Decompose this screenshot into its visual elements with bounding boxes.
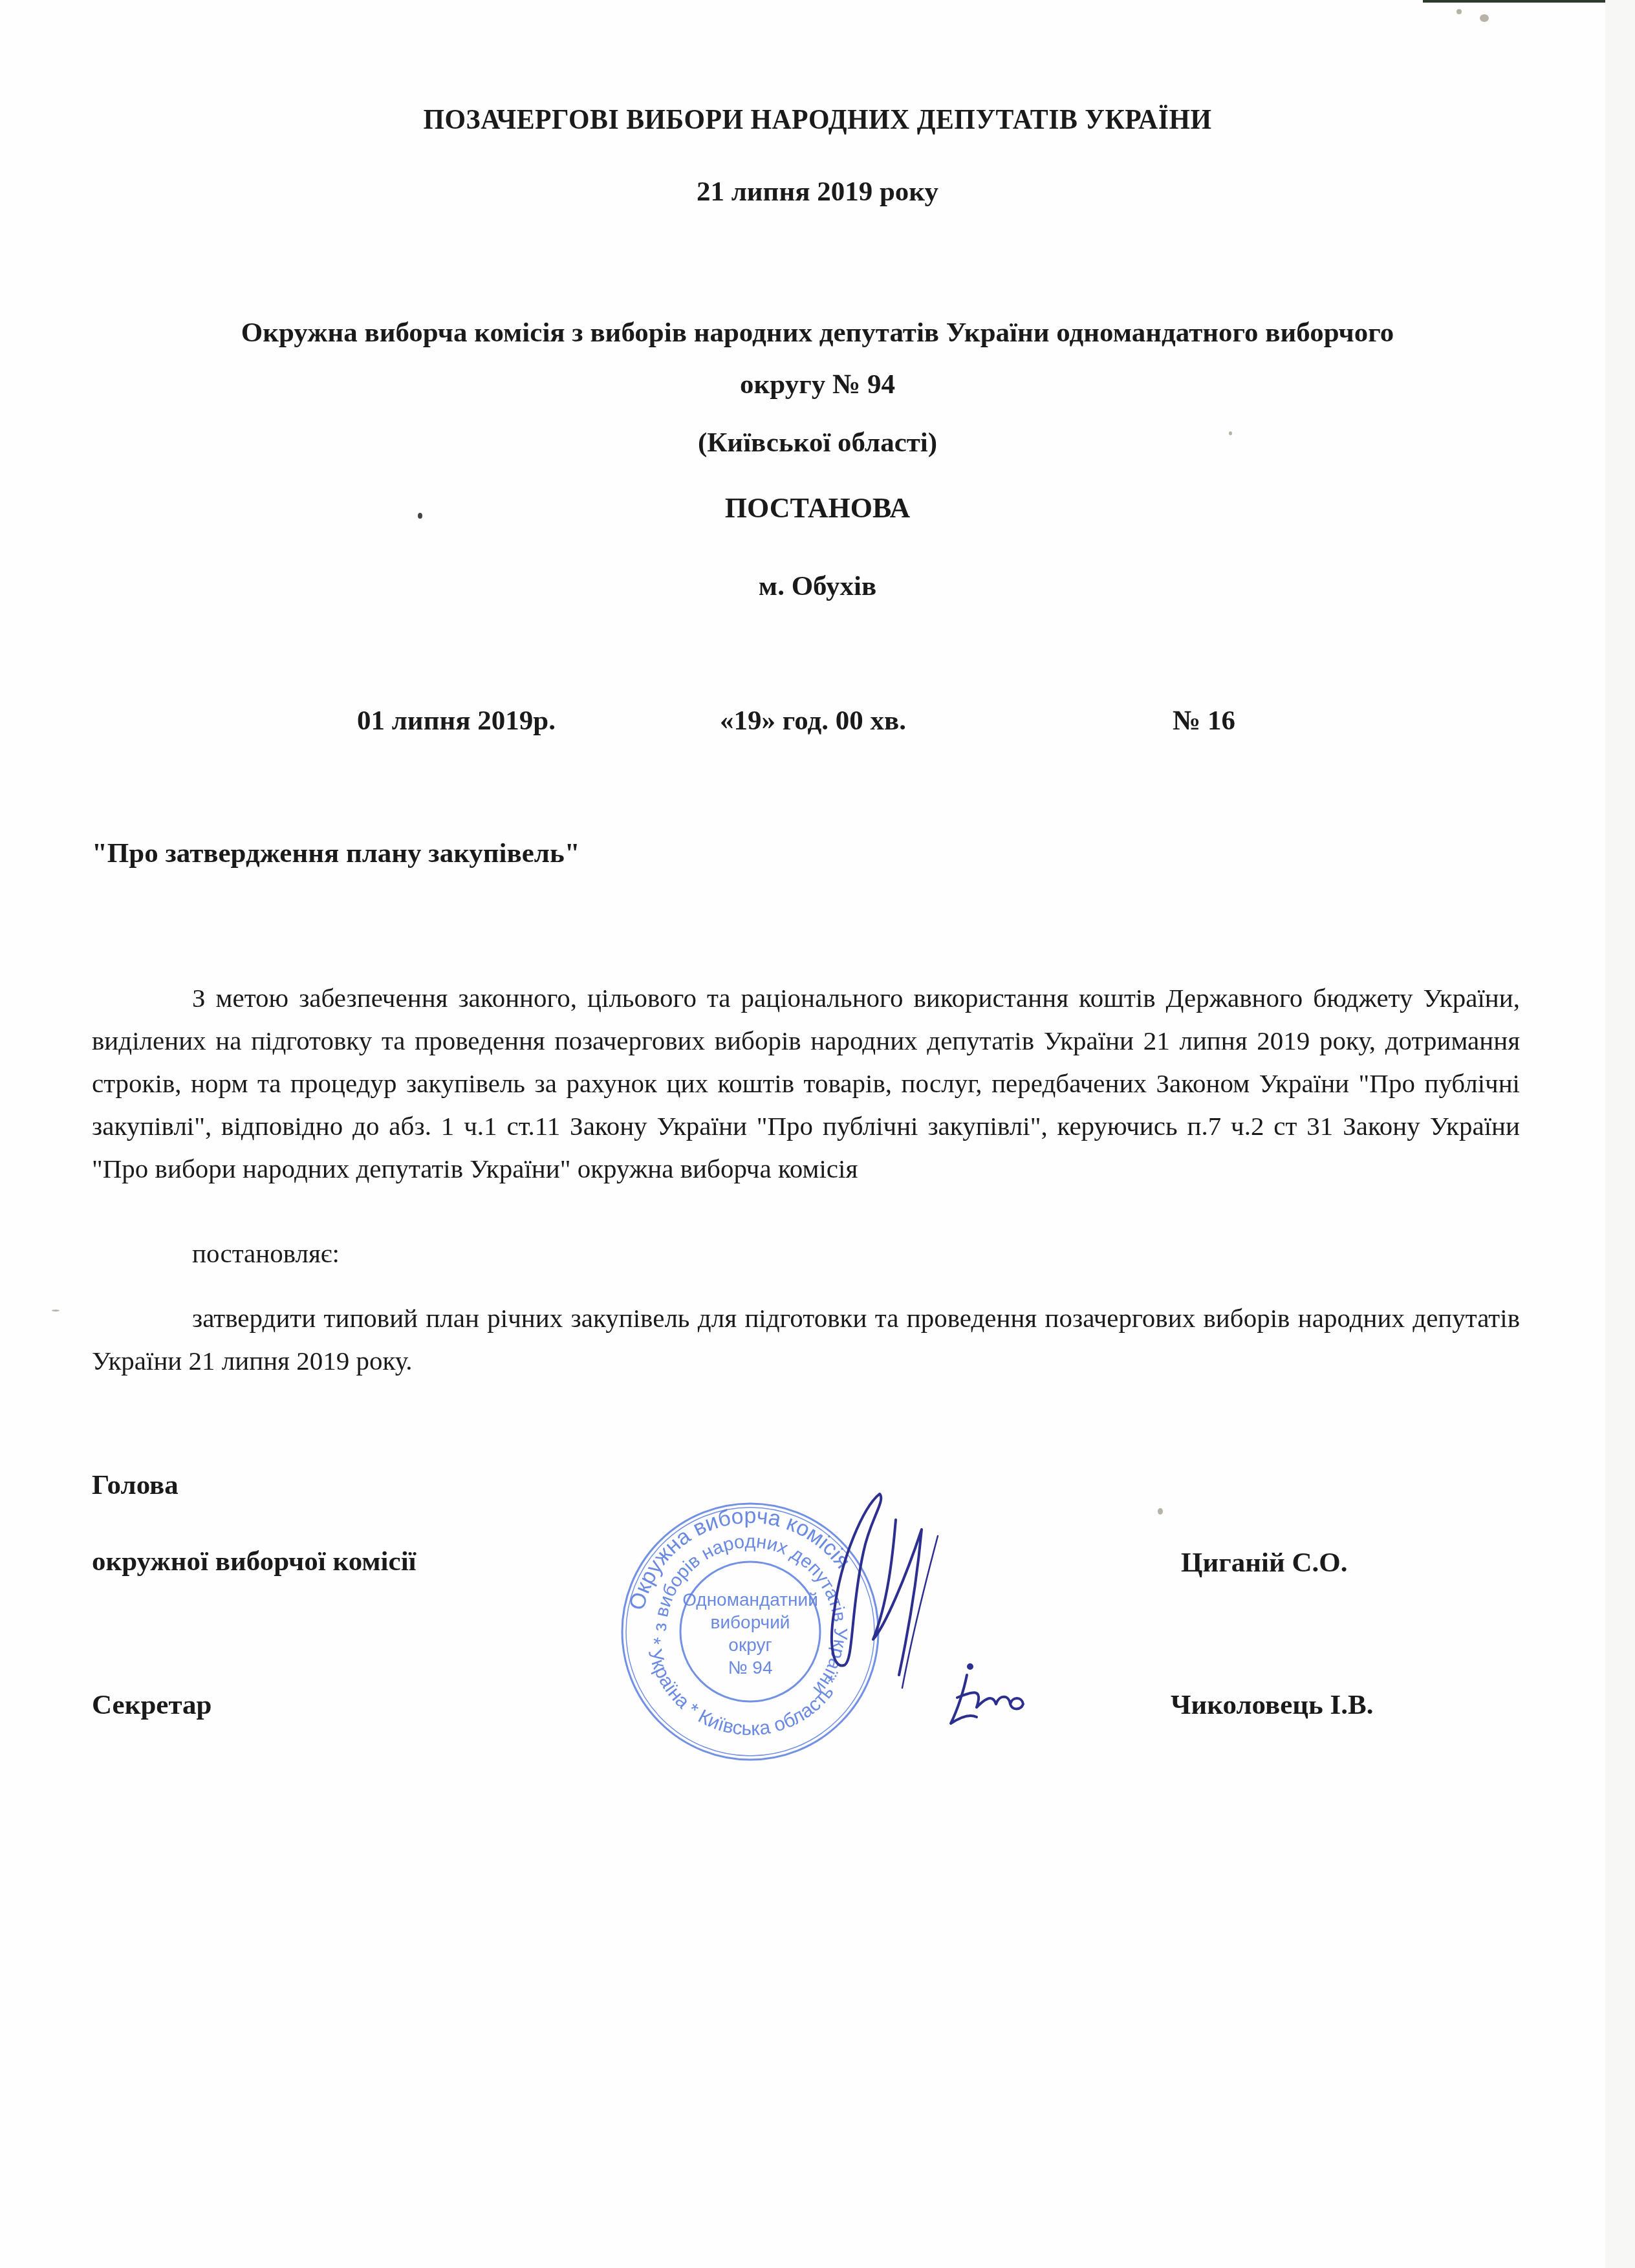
- resolution-subject: "Про затвердження плану закупівель": [92, 837, 580, 869]
- secretary-title: Секретар: [92, 1689, 212, 1721]
- head-title-line-2: окружної виборчої комісії: [92, 1546, 417, 1577]
- commission-name-line-1: Окружна виборча комісія з виборів народн…: [0, 317, 1635, 349]
- scan-speck: [52, 1310, 60, 1312]
- commission-name-line-2: округу № 94: [0, 369, 1635, 400]
- body-resolves: постановляє:: [92, 1232, 1520, 1275]
- body-paragraph-decision: затвердити типовий план річних закупівел…: [92, 1297, 1520, 1382]
- secretary-name: Чиколовець І.В.: [1171, 1689, 1374, 1721]
- body-paragraph-preamble: З метою забезпечення законного, цільовог…: [92, 977, 1520, 1190]
- scan-speck: [1158, 1508, 1163, 1515]
- resolution-number: № 16: [1173, 705, 1235, 737]
- resolution-date: 01 липня 2019р.: [357, 705, 556, 737]
- election-title: ПОЗАЧЕРГОВІ ВИБОРИ НАРОДНИХ ДЕПУТАТІВ УК…: [57, 102, 1577, 136]
- scan-speck: [1456, 9, 1462, 14]
- document-page: ПОЗАЧЕРГОВІ ВИБОРИ НАРОДНИХ ДЕПУТАТІВ УК…: [0, 0, 1635, 2268]
- head-name: Циганій С.О.: [1181, 1547, 1348, 1579]
- secretary-signature-icon: [938, 1652, 1035, 1736]
- head-title-line-1: Голова: [92, 1469, 179, 1501]
- head-signature-icon: [744, 1481, 964, 1720]
- city: м. Обухів: [0, 570, 1635, 602]
- resolution-time: «19» год. 00 хв.: [720, 705, 906, 737]
- document-type: ПОСТАНОВА: [0, 491, 1635, 524]
- election-date: 21 липня 2019 року: [0, 176, 1635, 208]
- region: (Київської області): [0, 427, 1635, 459]
- scan-speck: [1480, 14, 1489, 22]
- scan-edge: [1423, 0, 1605, 3]
